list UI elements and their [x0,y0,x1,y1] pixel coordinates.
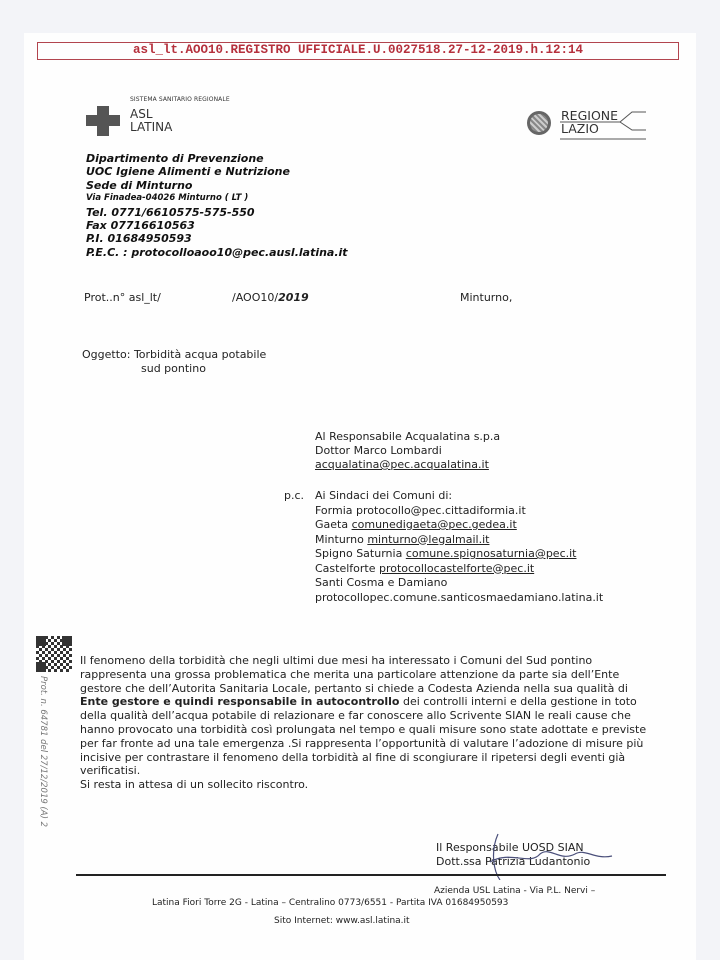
protocol-prefix: Prot..n° asl_lt/ [84,291,161,304]
qr-code-icon [36,636,72,672]
body-paragraph-2: Si resta in attesa di un sollecito risco… [80,778,650,792]
fax: Fax 07716610563 [86,219,348,232]
subject-label: Oggetto: [82,348,130,361]
cc-municipality-name: Formia [315,504,353,517]
handwritten-signature-icon [480,832,620,880]
recipient-block: Al Responsabile Acqualatina s.p.a Dottor… [315,430,500,472]
cc-email-link[interactable]: protocollocastelforte@pec.it [379,562,534,575]
red-cross-icon [86,106,120,136]
subject-line2: sud pontino [82,362,266,376]
footer-website: Sito Internet: www.asl.latina.it [274,916,410,926]
registration-stamp: asl_lt.AOO10.REGISTRO UFFICIALE.U.002751… [37,42,679,60]
pec-email: P.E.C. : protocolloaoo10@pec.ausl.latina… [86,246,348,259]
footer-divider [76,874,666,876]
cc-municipality-name: Gaeta [315,518,348,531]
cc-municipality-name: Castelforte [315,562,376,575]
system-label: SISTEMA SANITARIO REGIONALE [130,96,230,103]
cc-municipality-name: Minturno [315,533,364,546]
cc-email-link[interactable]: protocollopec.comune.santicosmaedamiano.… [315,591,603,604]
cc-entry: Gaeta comunedigaeta@pec.gedea.it [315,518,603,533]
letter-body: Il fenomeno della torbidità che negli ul… [80,654,650,792]
cc-email-link[interactable]: comune.spignosaturnia@pec.it [406,547,577,560]
place: Minturno, [460,291,512,304]
cc-email-link[interactable]: protocollo@pec.cittadiformia.it [356,504,526,517]
office-name: Sede di Minturno [86,179,348,192]
department-block: Dipartimento di Prevenzione UOC Igiene A… [86,152,348,259]
cc-block: Ai Sindaci dei Comuni di: Formia protoco… [315,489,603,605]
cc-label: p.c. [284,489,304,502]
telephone: Tel. 0771/6610575-575-550 [86,206,348,219]
recipient-line1: Al Responsabile Acqualatina s.p.a [315,430,500,444]
side-protocol-stamp: Prot. n. 64781 del 27/12/2019 (A) 2 [36,676,50,846]
cc-entry: Santi Cosma e Damiano [315,576,603,591]
body-paragraph-1: Il fenomeno della torbidità che negli ul… [80,654,650,778]
footer-line2: Latina Fiori Torre 2G - Latina – Central… [152,898,508,908]
cc-email-link[interactable]: minturno@legalmail.it [367,533,489,546]
body-bold-phrase: Ente gestore e quindi responsabile in au… [80,695,400,708]
address: Via Finadea-04026 Minturno ( LT ) [86,192,348,205]
subject-line1: Torbidità acqua potabile [134,348,266,361]
cc-entry: protocollopec.comune.santicosmaedamiano.… [315,591,603,606]
department-name: Dipartimento di Prevenzione [86,152,348,165]
cc-entry: Spigno Saturnia comune.spignosaturnia@pe… [315,547,603,562]
cc-entry: Minturno minturno@legalmail.it [315,533,603,548]
asl-logo-text: ASL LATINA [130,108,172,134]
vat-number: P.I. 01684950593 [86,232,348,245]
region-logo-text: REGIONE LAZIO [561,109,618,135]
cc-list: Formia protocollo@pec.cittadiformia.itGa… [315,504,603,606]
cc-entry: Formia protocollo@pec.cittadiformia.it [315,504,603,519]
region-line2: LAZIO [561,122,618,135]
protocol-aoo: /AOO10/ [232,291,278,304]
recipient-email-link[interactable]: acqualatina@pec.acqualatina.it [315,458,500,472]
cc-entry: Castelforte protocollocastelforte@pec.it [315,562,603,577]
cc-municipality-name: Spigno Saturnia [315,547,402,560]
recipient-line2: Dottor Marco Lombardi [315,444,500,458]
lazio-emblem-icon [527,111,551,135]
cc-municipality-name: Santi Cosma e Damiano [315,576,447,589]
protocol-number: /AOO10/2019 [232,291,309,304]
cc-email-link[interactable]: comunedigaeta@pec.gedea.it [352,518,517,531]
asl-line2: LATINA [130,121,172,134]
subject: Oggetto: Torbidità acqua potabile sud po… [82,348,266,376]
protocol-year: 2019 [278,291,309,304]
cc-intro: Ai Sindaci dei Comuni di: [315,489,603,504]
footer-line1: Azienda USL Latina - Via P.L. Nervi – [434,886,595,896]
unit-name: UOC Igiene Alimenti e Nutrizione [86,165,348,178]
